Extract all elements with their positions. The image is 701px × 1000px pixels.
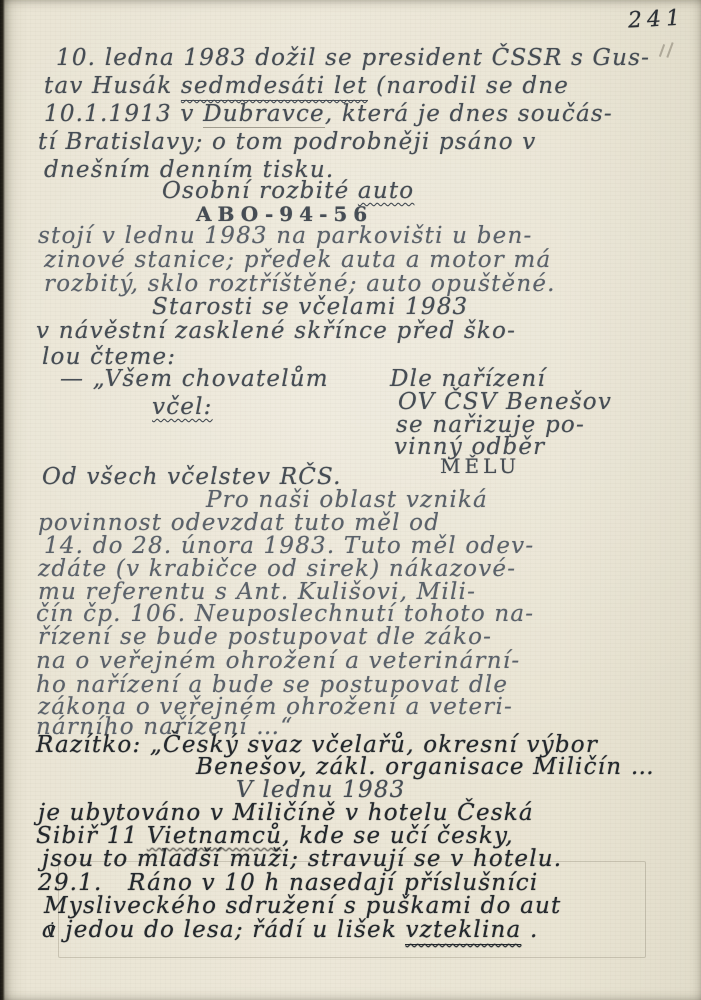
- text-line: čín čp. 106. Neuposlechnutí tohoto na-: [36, 603, 534, 626]
- text-line: na o veřejném ohrožení a veterinární-: [36, 650, 520, 673]
- text-segment: na o veřejném ohrožení a veterinární-: [36, 648, 520, 674]
- scanned-page: 241 v̇ 10. ledna 1983 dožil se president…: [0, 0, 701, 1000]
- text-segment: tí Bratislavy; o tom podrobněji psáno v: [38, 129, 537, 155]
- text-line: povinnost odevzdat tuto měl od: [38, 512, 440, 535]
- text-segment: v návěstní zasklené skřínce před ško-: [36, 318, 516, 344]
- text-segment: tav Husák: [44, 73, 181, 99]
- text-line: jsou to mladší muži; stravují se v hotel…: [42, 848, 562, 871]
- text-line: rozbitý, sklo roztříštěné; auto opuštěné…: [44, 273, 556, 296]
- text-segment: Starosti se včelami 1983: [152, 294, 468, 320]
- text-line: Mysliveckého sdružení s puškami do aut: [44, 895, 561, 918]
- text-line: — „Všem chovatelům: [60, 368, 329, 391]
- text-line: a jedou do lesa; řádí u lišek vzteklina …: [42, 919, 538, 942]
- text-line: Benešov, zákl. organisace Miličín …: [196, 756, 655, 779]
- text-line: OV ČSV Benešov: [398, 391, 612, 414]
- text-line: v návěstní zasklené skřínce před ško-: [36, 320, 516, 343]
- text-line: včel:: [152, 396, 213, 419]
- text-segment: a jedou do lesa; řádí u lišek: [42, 917, 405, 943]
- text-line: Pro naši oblast vzniká: [206, 489, 488, 512]
- text-segment: Mysliveckého sdružení s puškami do aut: [44, 893, 561, 919]
- text-line: 10.1.1913 v Dubravce, která je dnes souč…: [44, 103, 613, 126]
- pencil-mark: [666, 42, 673, 58]
- text-segment: Dubravce: [203, 101, 325, 128]
- text-segment: včel:: [152, 394, 213, 420]
- text-line: je ubytováno v Miličíně v hotelu Česká: [38, 802, 534, 825]
- text-segment: stojí v lednu 1983 na parkovišti u ben-: [38, 223, 532, 249]
- scan-edge: [0, 0, 5, 1000]
- text-line: Osobní rozbité auto: [162, 180, 414, 203]
- text-segment: MĚLU: [440, 454, 520, 478]
- text-line: tí Bratislavy; o tom podrobněji psáno v: [38, 131, 537, 154]
- text-line: stojí v lednu 1983 na parkovišti u ben-: [38, 225, 532, 248]
- text-line: Sibiř 11 Vietnamců, kde se učí česky,: [36, 825, 514, 848]
- text-segment: vzteklina: [405, 917, 521, 945]
- text-line: ABO-94-56: [196, 204, 373, 224]
- text-segment: sedmdesáti let: [181, 73, 368, 101]
- text-line: 10. ledna 1983 dožil se president ČSSR s…: [56, 47, 650, 70]
- page-number: 241: [627, 6, 685, 34]
- text-segment: Osobní rozbité: [162, 178, 358, 204]
- text-line: Starosti se včelami 1983: [152, 296, 468, 319]
- text-line: Od všech včelstev RČS.: [42, 466, 342, 489]
- text-line: tav Husák sedmdesáti let (narodil se dne: [44, 75, 569, 98]
- text-line: Dle nařízení: [390, 368, 546, 391]
- text-segment: 10. ledna 1983 dožil se president ČSSR s…: [56, 45, 650, 71]
- text-segment: řízení se bude postupovat dle záko-: [38, 624, 492, 650]
- text-segment: (narodil se dne: [368, 73, 569, 99]
- text-segment: , která je dnes součás-: [325, 101, 613, 127]
- text-line: 14. do 28. února 1983. Tuto měl odev-: [44, 535, 534, 558]
- text-segment: jsou to mladší muži; stravují se v hotel…: [42, 846, 562, 872]
- text-line: V lednu 1983: [236, 779, 405, 802]
- pencil-mark: [659, 44, 665, 57]
- text-segment: zinové stanice; předek auta a motor má: [44, 247, 551, 273]
- text-line: zinové stanice; předek auta a motor má: [44, 249, 551, 272]
- text-line: MĚLU: [440, 456, 520, 476]
- text-line: zdáte (v krabičce od sirek) nákazové-: [38, 558, 516, 581]
- text-line: 29.1. Ráno v 10 h nasedají příslušníci: [38, 872, 538, 895]
- text-segment: — „Všem chovatelům: [60, 366, 329, 392]
- text-segment: .: [521, 917, 538, 943]
- text-segment: 10.1.1913 v: [44, 101, 203, 127]
- text-segment: auto: [358, 178, 414, 204]
- text-line: řízení se bude postupovat dle záko-: [38, 626, 492, 649]
